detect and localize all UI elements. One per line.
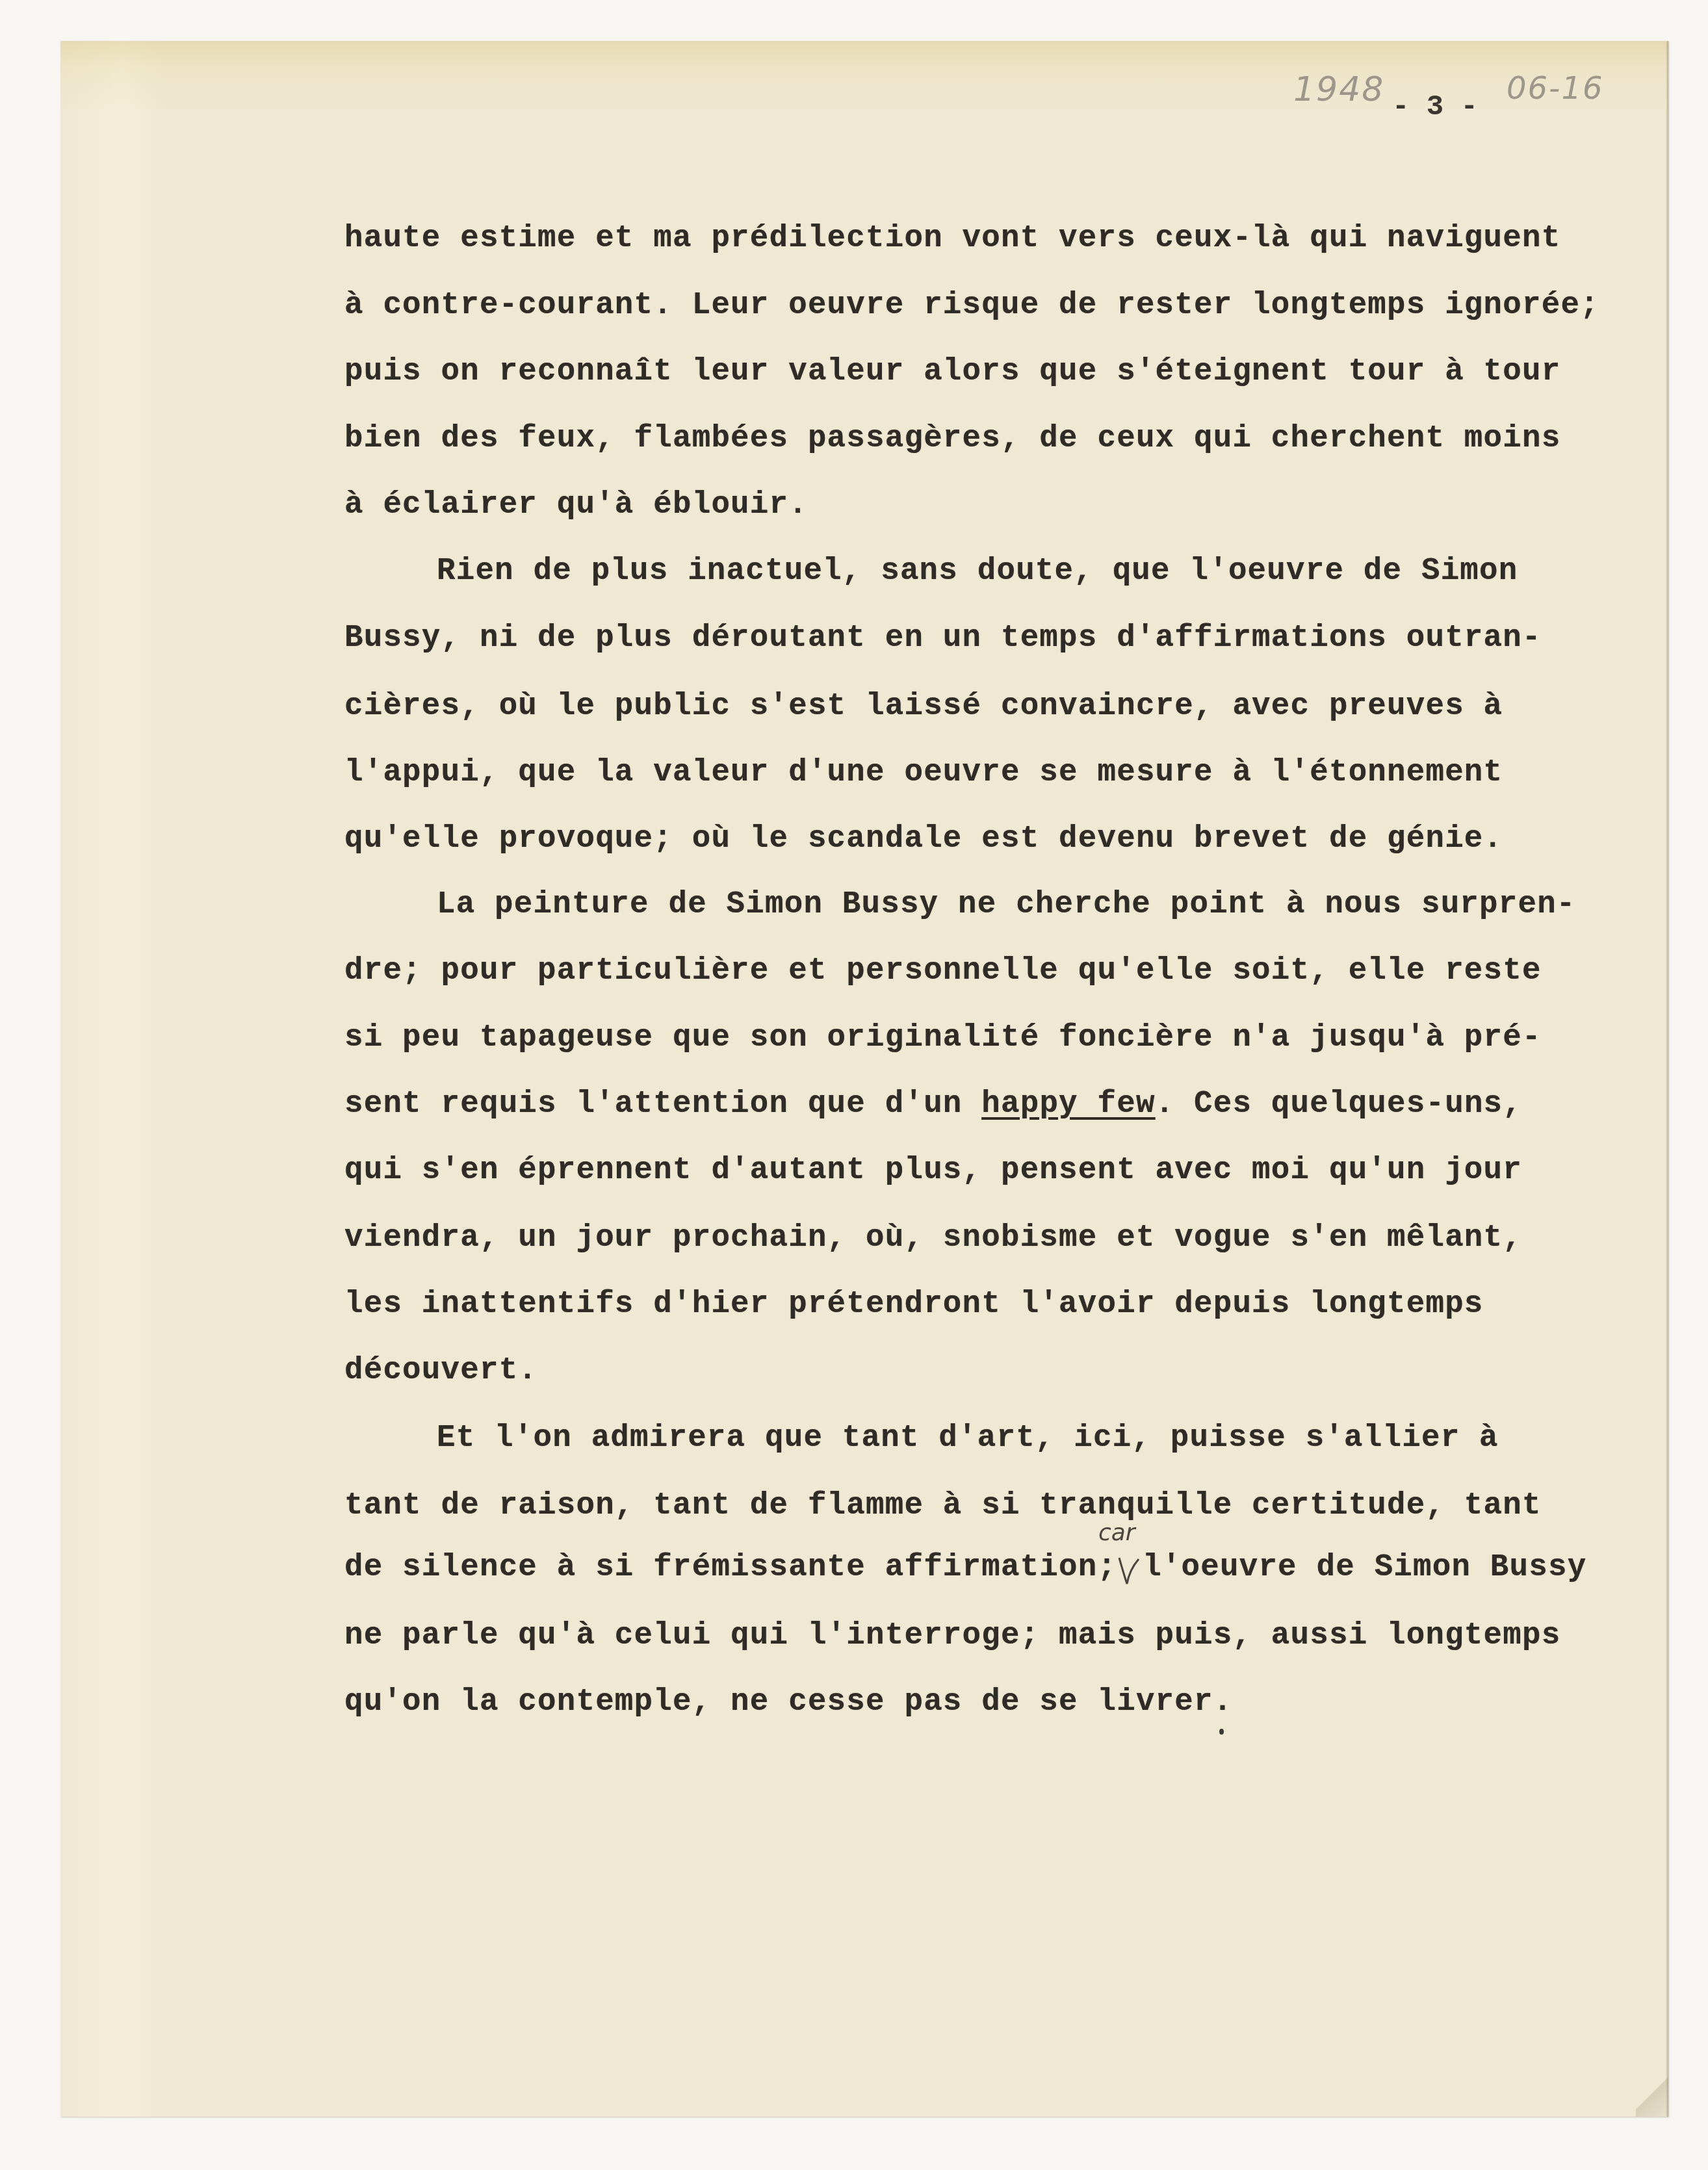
typewritten-page [60,41,1668,2117]
ink-mark [1219,1729,1224,1735]
text-line-with-insertion: de silence à si frémissante affirmation;… [344,1550,1586,1585]
text-line: Et l'on admirera que tant d'art, ici, pu… [437,1421,1499,1456]
text-line: La peinture de Simon Bussy ne cherche po… [437,887,1576,922]
underlined-phrase: happy few [981,1087,1155,1122]
text-line: haute estime et ma prédilection vont ver… [344,221,1560,256]
text-line: qu'elle provoque; où le scandale est dev… [344,821,1503,857]
text-line: cières, où le public s'est laissé convai… [344,689,1503,724]
text-line: qui s'en éprennent d'autant plus, pensen… [344,1153,1522,1188]
text-segment: sent requis l'attention que d'un [344,1087,981,1122]
handwritten-insertion: car [1098,1519,1135,1546]
text-segment: . Ces quelques-uns, [1156,1087,1522,1122]
text-line: les inattentifs d'hier prétendront l'avo… [344,1287,1484,1322]
text-line-with-underline: sent requis l'attention que d'un happy f… [344,1087,1522,1122]
text-line: à contre-courant. Leur oeuvre risque de … [344,288,1599,323]
text-segment: de silence à si frémissante affirmation; [344,1550,1117,1585]
text-line: qu'on la contemple, ne cesse pas de se l… [344,1685,1232,1720]
pencil-year-annotation: 1948 [1293,70,1384,109]
text-segment: l'oeuvre de Simon Bussy [1143,1550,1586,1585]
text-line: découvert. [344,1353,537,1388]
text-line: viendra, un jour prochain, où, snobisme … [344,1221,1522,1256]
text-line: à éclairer qu'à éblouir. [344,487,808,523]
text-line: bien des feux, flambées passagères, de c… [344,421,1560,456]
text-line: dre; pour particulière et personnelle qu… [344,953,1542,988]
text-line: puis on reconnaît leur valeur alors que … [344,354,1560,389]
text-line: tant de raison, tant de flamme à si tran… [344,1488,1542,1523]
text-line: si peu tapageuse que son originalité fon… [344,1020,1542,1055]
text-line: Bussy, ni de plus déroutant en un temps … [344,621,1542,656]
text-line: ne parle qu'à celui qui l'interroge; mai… [344,1618,1560,1653]
pencil-reference-annotation: 06-16 [1507,70,1603,107]
page-number: - 3 - [1392,91,1478,123]
text-line: Rien de plus inactuel, sans doute, que l… [437,554,1518,589]
insertion-caret-icon [1118,1556,1140,1582]
folded-corner [1636,2068,1668,2117]
text-line: l'appui, que la valeur d'une oeuvre se m… [344,755,1503,790]
